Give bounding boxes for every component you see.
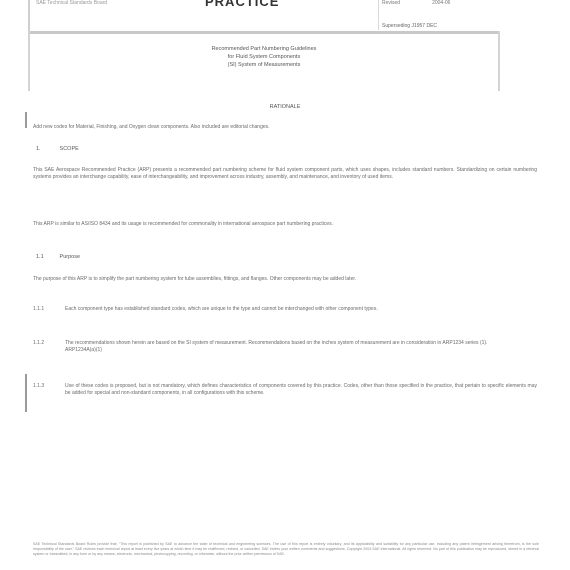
rationale-heading: RATIONALE [0, 104, 570, 110]
section-number: 1.1 [36, 254, 58, 260]
title-box: Recommended Part Numbering Guidelines fo… [28, 31, 500, 91]
clause-number: 1.1.1 [33, 306, 44, 313]
section-heading-purpose: 1.1 Purpose [36, 254, 80, 260]
change-bar [25, 112, 27, 128]
title-line: Recommended Part Numbering Guidelines [30, 45, 498, 53]
section-title: Purpose [60, 254, 81, 260]
doc-type-title: PRACTICE [205, 0, 279, 9]
document-title: Recommended Part Numbering Guidelines fo… [30, 45, 498, 69]
title-line: (SI) System of Measurements [30, 61, 498, 69]
document-page: SAE Technical Standards Board PRACTICE R… [0, 0, 570, 570]
clause-text: Each component type has established stan… [65, 306, 537, 313]
meta-row: Revised 2004-06 [382, 0, 450, 7]
header-left: SAE Technical Standards Board [36, 0, 107, 6]
section-number: 1. [36, 146, 58, 152]
header-meta: Revised 2004-06 Superseding J1957 DEC [382, 0, 450, 30]
clause-1-1-2: 1.1.2 The recommendations shown herein a… [33, 340, 537, 354]
superseding-label: Superseding J1957 DEC [382, 23, 450, 30]
header-left-line: SAE Technical Standards Board [36, 0, 107, 6]
purpose-paragraph: The purpose of this ARP is to simplify t… [33, 276, 537, 283]
scope-paragraph: This ARP is similar to AS/ISO 8434 and i… [33, 221, 537, 228]
clause-reference: ARP1234A(a)(1) [65, 347, 537, 354]
rationale-text: Add new codes for Material, Finishing, a… [33, 124, 537, 131]
section-title: SCOPE [60, 146, 79, 152]
header-divider [378, 0, 379, 30]
section-heading-scope: 1. SCOPE [36, 146, 79, 152]
scope-paragraph: This SAE Aerospace Recommended Practice … [33, 167, 537, 181]
clause-text: The recommendations shown herein are bas… [65, 340, 537, 347]
clause-text: Use of these codes is proposed, but is n… [65, 383, 537, 397]
clause-1-1-3: 1.1.3 Use of these codes is proposed, bu… [33, 383, 537, 397]
title-line: for Fluid System Components [30, 53, 498, 61]
change-bar [25, 374, 27, 412]
clause-number: 1.1.3 [33, 383, 44, 390]
meta-label: Revised [382, 0, 400, 7]
meta-value: 2004-06 [432, 0, 450, 7]
clause-1-1-1: 1.1.1 Each component type has establishe… [33, 306, 537, 313]
clause-number: 1.1.2 [33, 340, 44, 347]
footer-notice: SAE Technical Standards Board Rules prov… [33, 542, 539, 557]
